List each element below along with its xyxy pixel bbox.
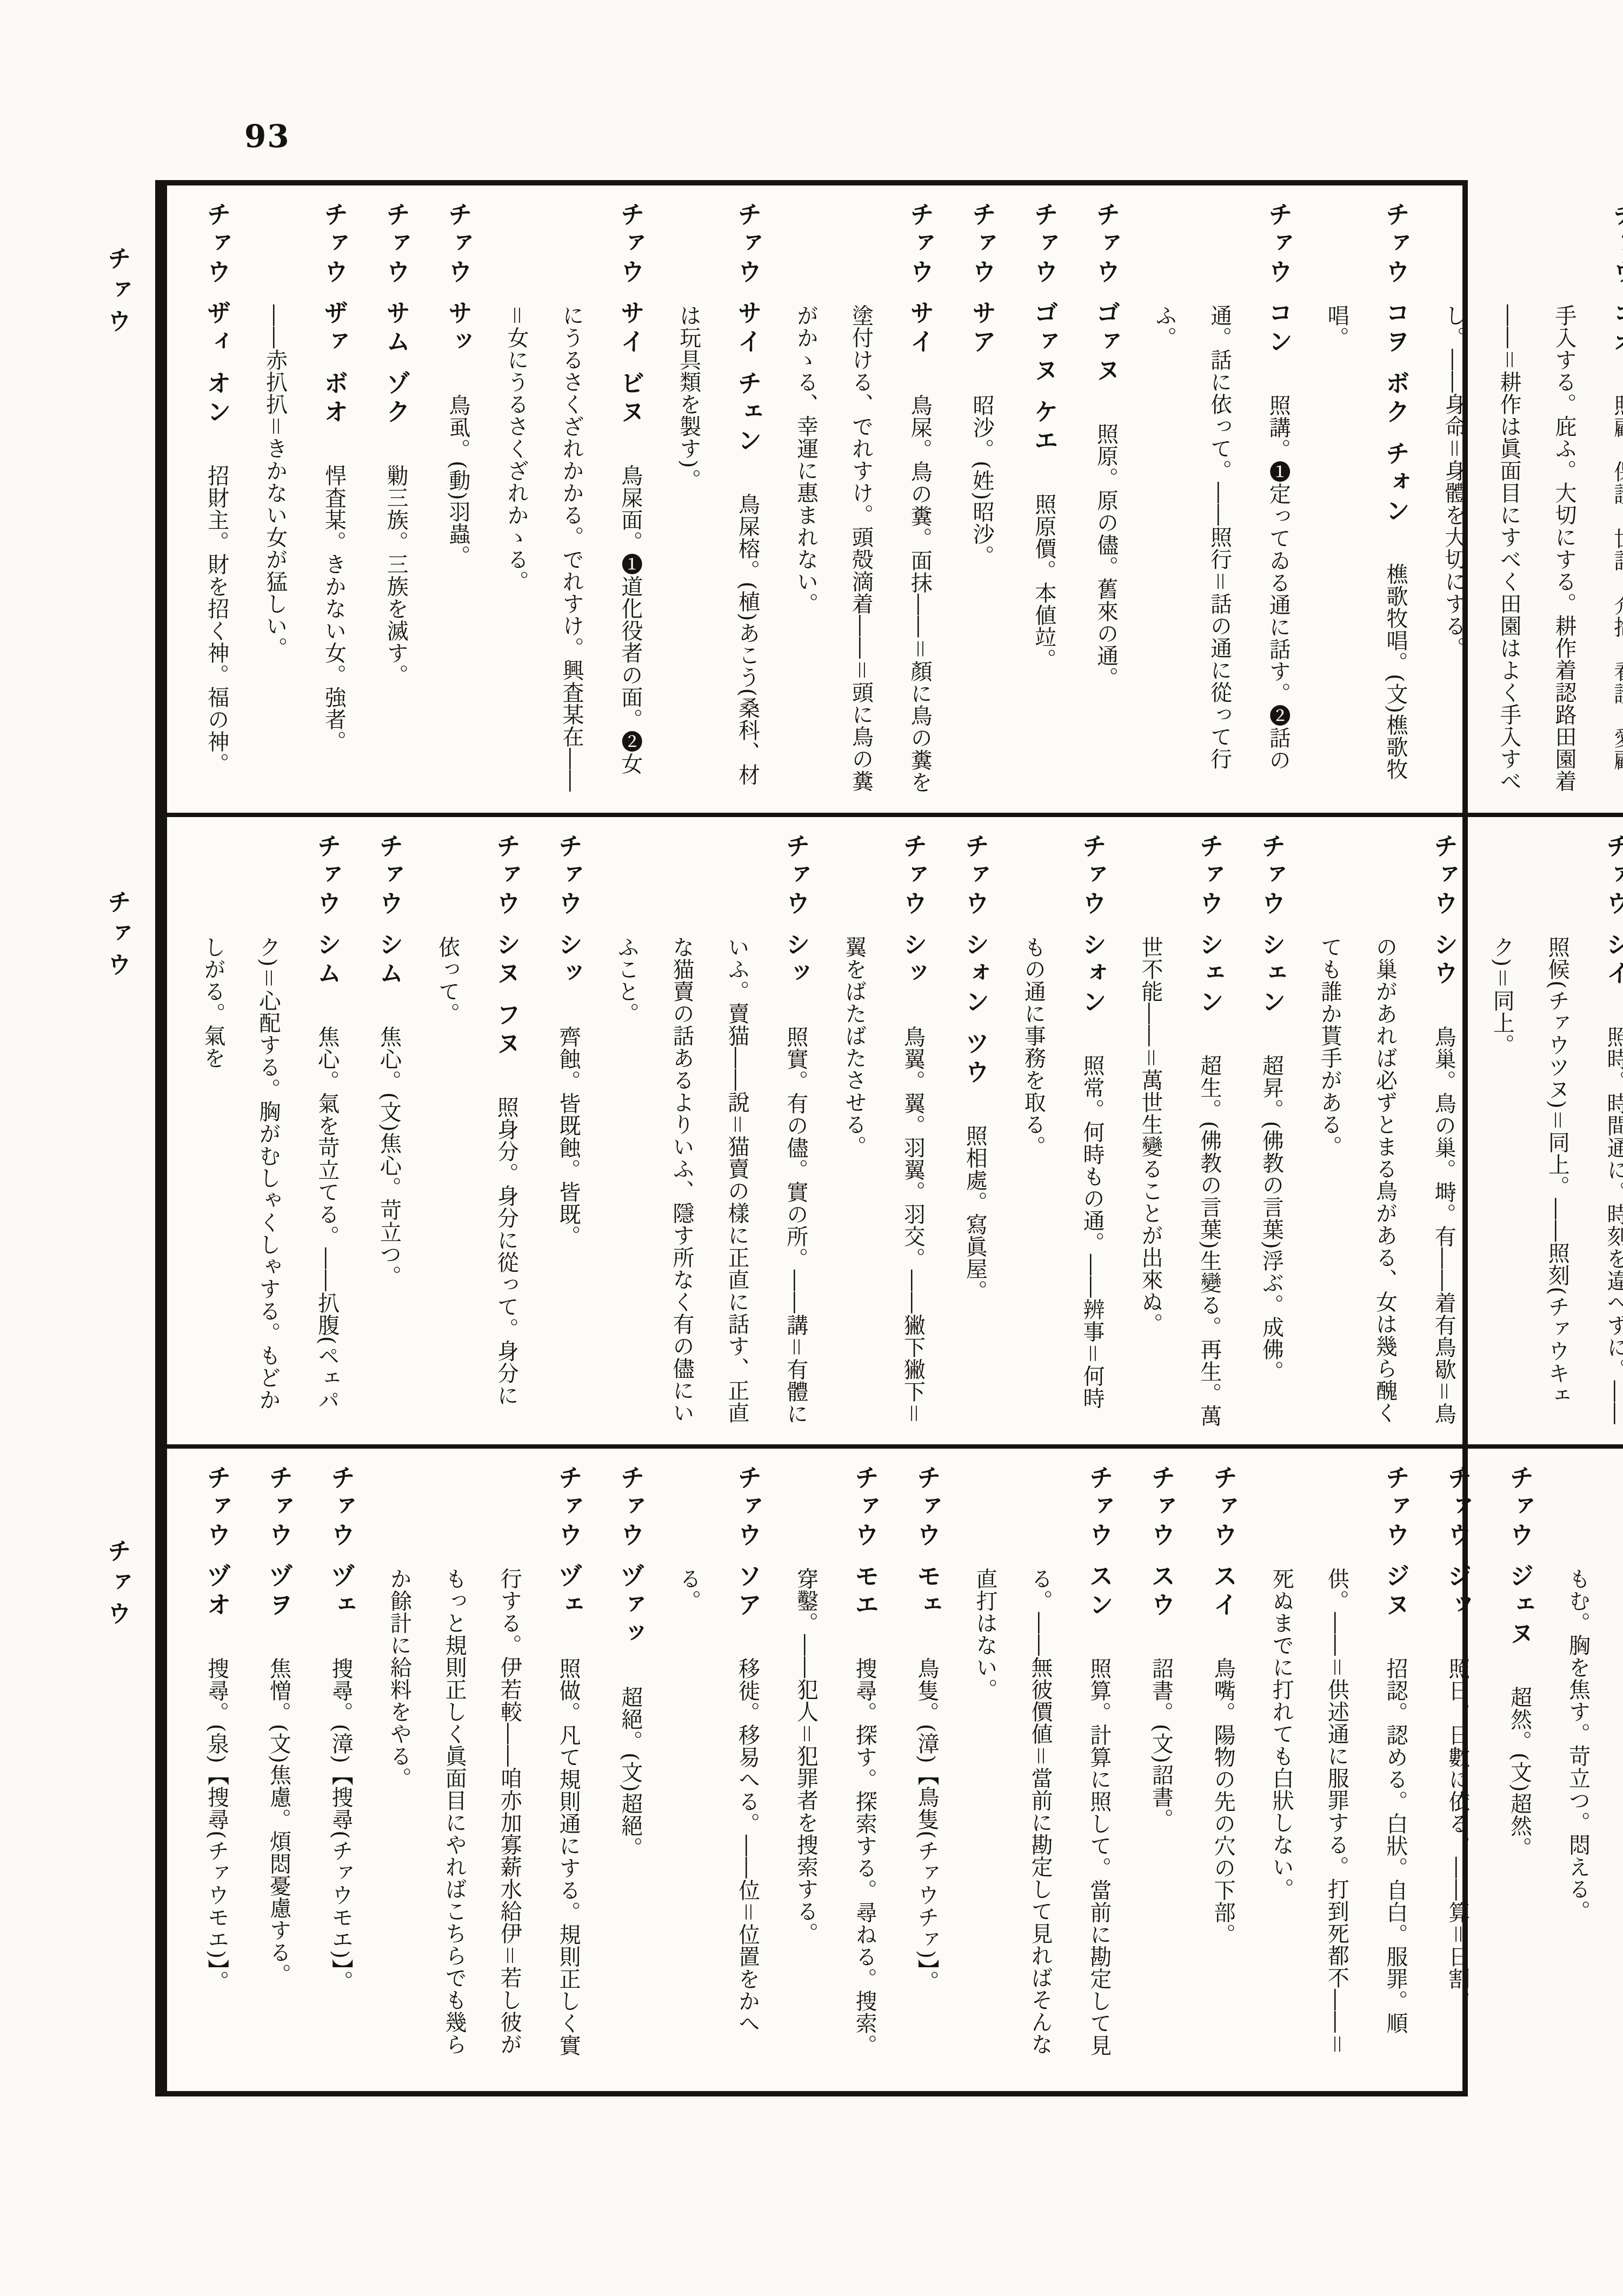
entry-headword: チァウ サイ xyxy=(906,202,934,394)
entry-headword: チァウ サイ ビヌ xyxy=(616,202,645,464)
register-middle: チァウ ザィ チヌ ポヲ 招財進寳。財を招き寳を進む。チァウ シイ 詔書。(漳)… xyxy=(167,817,1623,1449)
entry-headword: チァウ モエ xyxy=(850,1465,879,1657)
entry-definition: 鳥隻。(漳)【鳥隻(チァウチァ)】。 xyxy=(914,1657,939,1993)
dict-entry: チァウ ヅェ 搜尋。(漳)【搜尋(チァウモエ)】。 xyxy=(310,1465,372,2064)
margin-label-chau: チァウ xyxy=(96,246,134,340)
dict-entry: チァウ スン 照算。計算に照して。當前に勘定して見る。――無彼價値＝當前に勘定し… xyxy=(957,1465,1130,2064)
entry-headword: チァウ シム xyxy=(313,833,342,1026)
entry-definition: 招財主。財を招く神。福の神。 xyxy=(204,464,229,774)
entry-definition: 超然。(文)超然。 xyxy=(1507,1686,1532,1859)
entry-headword: チァウ ソア xyxy=(734,1465,762,1657)
dict-entry: チァウ ジッ 照日。日數に依る。――算＝日割。 xyxy=(1426,1465,1488,2064)
entry-definition: 搜尋。(漳)【搜尋(チァウモエ)】。 xyxy=(328,1657,353,1993)
entry-definition: 超絕。(文)超絕。 xyxy=(618,1686,643,1859)
entry-definition: 照實。有の儘。實の所。――講＝有體にいふ。賣猫――說＝猫賣の樣に正直に話す、正直… xyxy=(614,936,808,1425)
dict-entry: チァウ コオ 照顧。保護。世話。介抱。看護。愛顧。手入する。庇ふ。大切にする。耕… xyxy=(1426,202,1623,797)
entry-definition: 焦心。(文)焦心。苛立つ。 xyxy=(377,1026,402,1288)
entry-definition: 照原價。本値竝。 xyxy=(1032,493,1056,670)
dict-entry: チァウ シェン 超昇。(佛教の言葉)浮ぶ。成佛。 xyxy=(1240,833,1302,1428)
entry-headword: チァウ サム ゾク xyxy=(382,202,410,464)
entry-headword: チァウ サア xyxy=(968,202,996,394)
dict-entry: チァウ スウ 詔書。(文)詔書。 xyxy=(1130,1465,1192,2064)
dict-entry: チァウ モェ 鳥隻。(漳)【鳥隻(チァウチァ)】。 xyxy=(895,1465,957,2064)
entry-headword: チァウ コン xyxy=(1264,202,1293,394)
dict-entry-continuation: もむ。胸を焦す。苛立つ。悶える。 xyxy=(1551,1465,1606,2064)
entry-definition: 超昇。(佛教の言葉)浮ぶ。成佛。 xyxy=(1259,1054,1284,1383)
entry-definition: 照顧。保護。世話。介抱。看護。愛顧。手入する。庇ふ。大切にする。耕作着認路田園着… xyxy=(1441,304,1623,793)
entry-headword: チァウ シェン xyxy=(1258,833,1286,1054)
entry-headword: チァウ シウ xyxy=(1429,833,1458,1026)
dict-entry: チァウ シウ 鳥巢。鳥の巢。塒。有――着有鳥歇＝鳥の巢があれば必ずとまる鳥がある… xyxy=(1302,833,1475,1428)
dict-entry: チァウ シイ 照時。時間通に。時刻を違へずに。――照候(チァウツヌ)＝同上。――… xyxy=(1474,833,1623,1428)
dict-entry: チァウ スイ 鳥嘴。陽物の先の穴の下部。 xyxy=(1192,1465,1254,2064)
register-bottom: もむ。胸を焦す。苛立つ。悶える。チァウ ジェヌ 超然。(文)超然。チァウ ジッ … xyxy=(167,1449,1623,2080)
entry-headword: チァウ サッ xyxy=(444,202,473,394)
dict-entry: チァウ サム ゾク 勦三族。三族を滅す。 xyxy=(365,202,427,797)
entry-headword: チァウ ゴァヌ ケエ xyxy=(1030,202,1059,493)
entry-definition: 搜尋。(泉)【搜尋(チァウモエ)】。 xyxy=(204,1657,229,1993)
entry-headword: チァウ ゴァヌ xyxy=(1092,202,1121,423)
dict-entry: チァウ コン 照講。❶定ってゐる通に話す。❷話の通。話に依って。――照行＝話の通… xyxy=(1137,202,1309,797)
entry-headword: チァウ シヌ フヌ xyxy=(492,833,521,1096)
margin-label-chau: チァウ xyxy=(96,890,134,984)
dict-entry: チァウ シォン 照常。何時もの通。――辨事＝何時もの通に事務を取る。 xyxy=(1006,833,1123,1428)
dict-entry: チァウ シム 焦心。氣を苛立てる。――扒腹(ペェパク)＝心配する。胸がむしゃくし… xyxy=(185,833,358,1428)
dict-entry: チァウ シッ 鳥翼。翼。羽翼。羽交。――獙下獙下＝翼をばたばたさせる。 xyxy=(827,833,944,1428)
entry-definition: もむ。胸を焦す。苛立つ。悶える。 xyxy=(1566,1568,1591,1922)
entry-headword: チァウ シォン ツウ xyxy=(961,833,989,1124)
dictionary-frame: チァウ コオ 照顧。保護。世話。介抱。看護。愛顧。手入する。庇ふ。大切にする。耕… xyxy=(155,180,1468,2096)
dict-entry: チァウ シヌ フヌ 照身分。身分に從って。身分に依って。 xyxy=(420,833,537,1428)
dict-entry: チァウ ジヌ 招認。認める。白狀。自白。服罪。順供。――＝供述通に服罪する。打到… xyxy=(1254,1465,1426,2064)
dict-entry: チァウ ザィ オン 招財主。財を招く神。福の神。 xyxy=(185,202,248,797)
entry-headword: チァウ シェン xyxy=(1195,833,1224,1054)
dict-entry: チァウ コヲ ボク チォン 樵歌牧唱。(文)樵歌牧唱。 xyxy=(1309,202,1426,797)
dict-entry: チァウ サッ 鳥虱。(動)羽蟲。 xyxy=(427,202,489,797)
dict-entry: チァウ シム 焦心。(文)焦心。苛立つ。 xyxy=(358,833,420,1428)
entry-headword: チァウ ヅオ xyxy=(203,1465,231,1657)
dict-entry: チァウ シッ 照實。有の儘。實の所。――講＝有體にいふ。賣猫――說＝猫賣の樣に正… xyxy=(599,833,827,1428)
entry-headword: チァウ シッ xyxy=(782,833,810,1026)
dict-entry: チァウ ヅェ 照做。凡て規則通にする。規則正しく實行する。伊若較――咱亦加寡薪水… xyxy=(371,1465,599,2064)
margin-label-chau: チァウ xyxy=(96,1538,134,1633)
entry-headword: チァウ コオ xyxy=(1609,202,1623,394)
dict-entry: チァウ ジェヌ 超然。(文)超然。 xyxy=(1488,1465,1551,2064)
entry-headword: チァウ ジッ xyxy=(1444,1465,1472,1657)
entry-headword: チァウ ザァ ボオ xyxy=(320,202,349,464)
entry-headword: チァウ ジェヌ xyxy=(1506,1465,1534,1686)
dict-entry: チァウ モエ 搜尋。探す。探索する。尋ねる。搜索。穿鑿。――犯人＝犯罪者を搜索す… xyxy=(779,1465,896,2064)
entry-definition: 鳥嘴。陽物の先の穴の下部。 xyxy=(1210,1657,1235,1946)
entry-definition: 勦三族。三族を滅す。 xyxy=(383,464,408,686)
entry-headword: チァウ シォン xyxy=(1078,833,1107,1054)
entry-headword: チァウ サイ チェン xyxy=(734,202,762,493)
entry-headword: チァウ シッ xyxy=(899,833,928,1026)
entry-headword: チァウ ジヌ xyxy=(1381,1465,1410,1657)
dict-entry: チァウ ゴァヌ 照原。原の儘。舊來の通。 xyxy=(1075,202,1137,797)
dict-entry: チァウ サイ チェン 鳥屎榕。(植)あこう(桑科、材は玩具類を製す)。 xyxy=(661,202,779,797)
entry-definition: 鳥虱。(動)羽蟲。 xyxy=(445,394,470,567)
entry-headword: チァウ ヅェ xyxy=(554,1465,583,1657)
entry-definition: 照原。原の儘。舊來の通。 xyxy=(1094,423,1119,689)
entry-headword: チァウ ヅァッ xyxy=(616,1465,645,1686)
dict-entry: チァウ サイ ビヌ 鳥屎面。❶道化役者の面。❷女にうるさくざれかかる。でれすけ。… xyxy=(489,202,661,797)
dict-entry: チァウ シッ 齊蝕。皆既蝕。皆既。 xyxy=(537,833,599,1428)
entry-definition: 詔書。(文)詔書。 xyxy=(1149,1657,1174,1830)
entry-headword: チァウ スン xyxy=(1085,1465,1114,1657)
dict-entry: チァウ ヅァッ 超絕。(文)超絕。 xyxy=(599,1465,661,2064)
entry-headword: チァウ スイ xyxy=(1209,1465,1238,1657)
entry-headword: チァウ スウ xyxy=(1147,1465,1176,1657)
entry-headword: チァウ ザィ オン xyxy=(203,202,231,464)
dict-entry: チァウ サア 昭沙。(姓)昭沙。 xyxy=(950,202,1013,797)
entry-definition: 照相處。寫眞屋。 xyxy=(962,1124,987,1302)
dict-entry: チァウ ザァ ボオ 悍査某。きかない女。強者。――赤扒扒＝きかない女が猛しい。 xyxy=(248,202,365,797)
entry-headword: チァウ シム xyxy=(375,833,404,1026)
entry-definition: 照做。凡て規則通にする。規則正しく實行する。伊若較――咱亦加寡薪水給伊＝若し彼が… xyxy=(387,1568,581,2056)
dict-entry: チァウ ゴァヌ ケエ 照原價。本値竝。 xyxy=(1013,202,1075,797)
dict-entry: チァウ ソア 移徙。移易へる。――位＝位置をかへる。 xyxy=(661,1465,779,2064)
dict-entry: チァウ シェン 超生。(佛教の言葉)生變る。再生。萬世不能――＝萬世生變ることが… xyxy=(1123,833,1240,1428)
dict-entry: チァウ ヅヲ 焦憎。(文)焦慮。煩悶憂慮する。 xyxy=(248,1465,310,2064)
entry-headword: チァウ シイ xyxy=(1602,833,1623,1026)
dict-entry: チァウ ヅオ 搜尋。(泉)【搜尋(チァウモエ)】。 xyxy=(185,1465,248,2064)
entry-definition: 齊蝕。皆既蝕。皆既。 xyxy=(556,1026,581,1247)
dict-entry: チァウ サイ 鳥屎。鳥の糞。面抹――＝顏に鳥の糞を塗付ける、でれすけ。頭殻滴着―… xyxy=(779,202,951,797)
entry-definition: 照日。日數に依る。――算＝日割。 xyxy=(1445,1657,1470,2012)
entry-headword: チァウ ヅェ xyxy=(327,1465,355,1657)
entry-headword: チァウ ヅヲ xyxy=(265,1465,294,1657)
entry-headword: チァウ コヲ ボク チォン xyxy=(1381,202,1410,563)
entry-definition: 焦憎。(文)焦慮。煩悶憂慮する。 xyxy=(267,1657,291,1986)
register-top: チァウ コオ 照顧。保護。世話。介抱。看護。愛顧。手入する。庇ふ。大切にする。耕… xyxy=(167,185,1623,817)
entry-headword: チァウ シッ xyxy=(554,833,583,1026)
entry-definition: 昭沙。(姓)昭沙。 xyxy=(969,394,994,567)
page-number: 93 xyxy=(244,118,290,155)
dict-entry: チァウ シォン ツウ 照相處。寫眞屋。 xyxy=(944,833,1006,1428)
entry-headword: チァウ モェ xyxy=(913,1465,941,1657)
